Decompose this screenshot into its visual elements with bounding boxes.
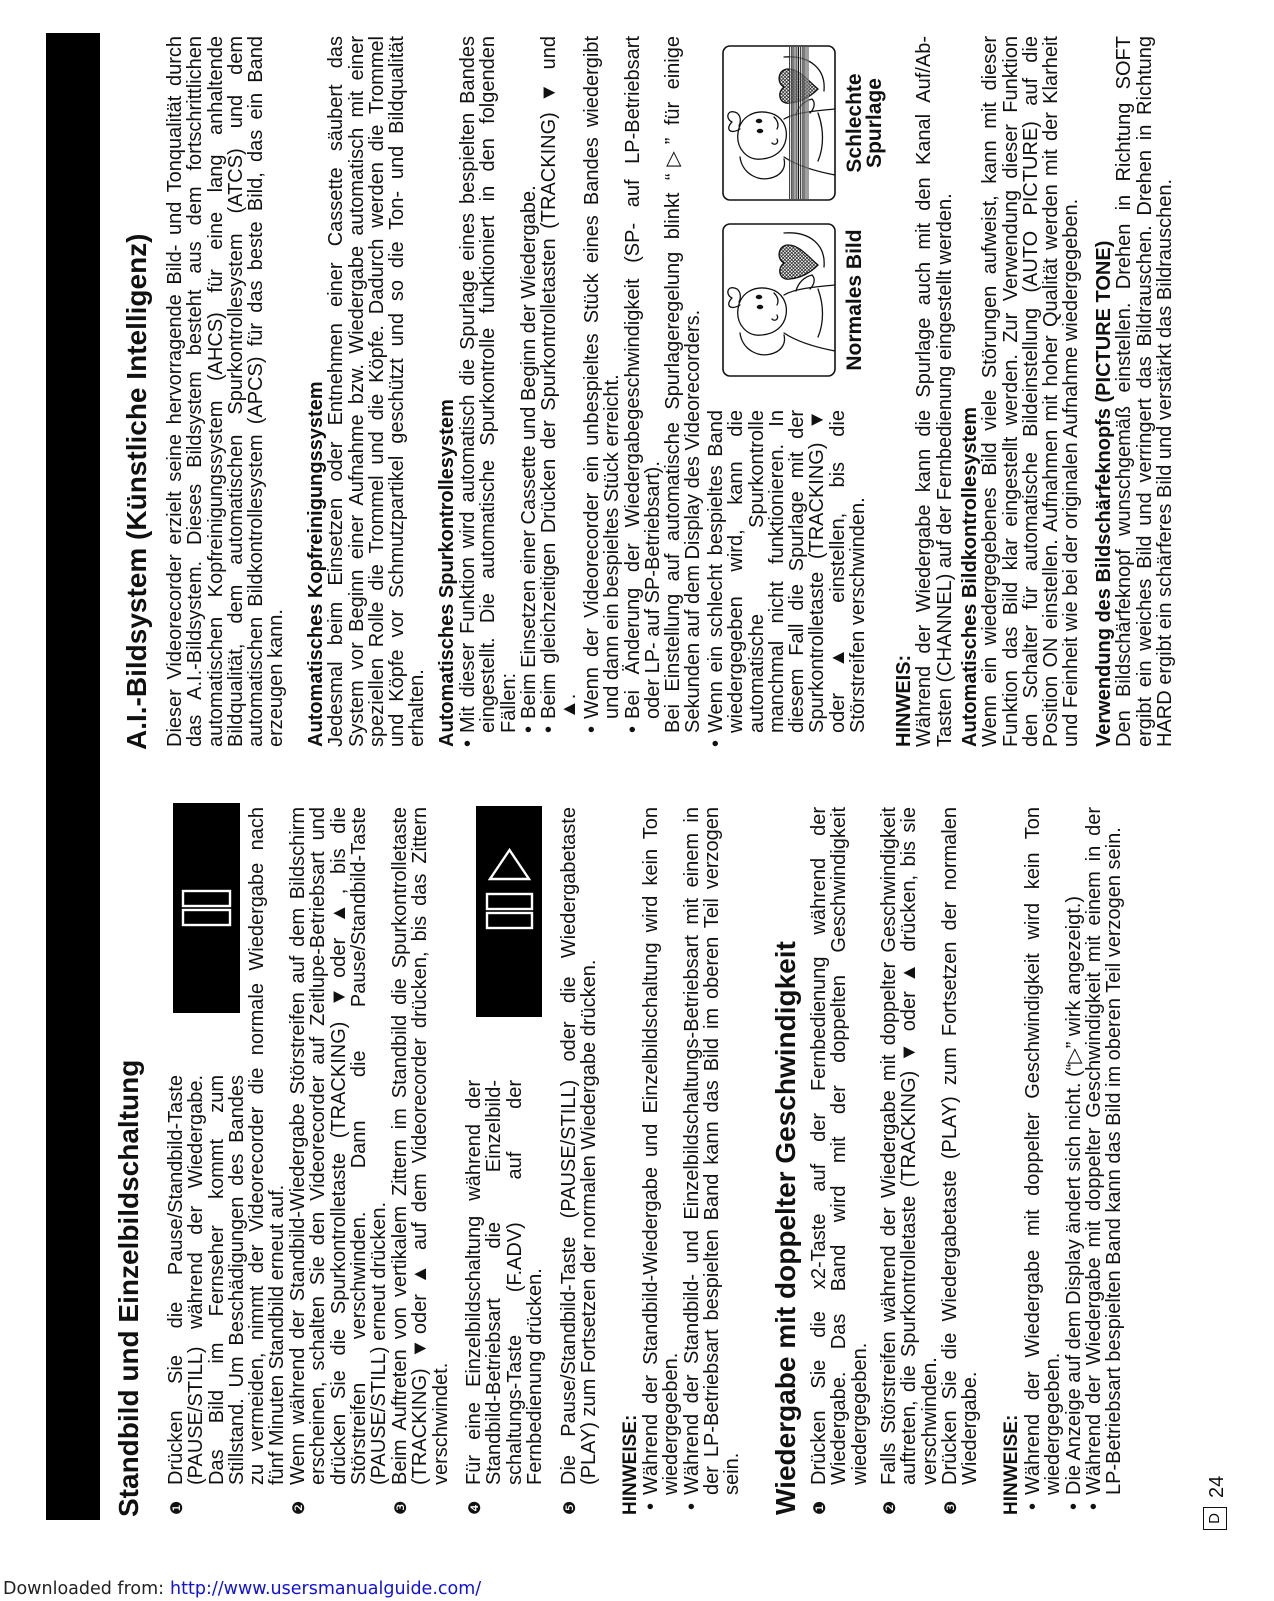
text-line: (TRACKING) ▼oder ▲ auf dem Videorecorder… [410,807,430,1485]
text-line: und Feinheit wie bei der originalen Aufn… [1061,36,1081,747]
notes-double-speed: • Während der Wiedergabe mit doppelter G… [1023,807,1124,1495]
text-line: erscheinen, schalten Sie den Videorecord… [308,807,328,1485]
subsection-title: Automatisches Bildkontrollesystem [960,36,980,747]
text-line: Während der Standbild-Wiedergabe und Ein… [641,807,661,1495]
picture-control-section: Automatisches Bildkontrollesystem Wenn e… [960,36,1082,747]
head-cleaning-section: Automatisches Kopfreinigungssystem Jedes… [306,36,428,747]
figure-label-line: Schlechte [845,45,865,201]
tracking-case: • Bei Änderung der Wiedergabegeschwindig… [623,36,664,719]
step-number-5: ❺ [560,1501,580,1515]
text-line: Wenn ein schlecht bespieltes Band [706,410,726,733]
note-item: • Während der Standbild- und Einzelbilds… [682,807,743,1495]
bullet: • [641,1503,661,1510]
step-number-2: ❷ [880,1501,900,1515]
note-item: • Die Anzeige auf dem Display ändert sic… [1064,807,1084,1495]
text-line: automatischen Kopfreinigungssystem (AHCS… [206,36,226,747]
double-speed-step-2: ❷ Falls Störstreifen während der Wiederg… [879,807,940,1485]
text-line: den Schalter für automatische Bildeinste… [1021,36,1041,747]
bullet: • [539,726,559,733]
notes-title-double-speed: HINWEISE: [1002,1415,1022,1515]
text-line: Sekunden auf dem Display des Videorecord… [683,36,703,733]
text-line: eingestellt. Die automatische Spurkontro… [478,36,498,733]
text-line: Während der Standbild- und Einzelbildsch… [682,807,702,1495]
pause-display-icon [173,803,240,1013]
text-line: Stillstand. Um Beschädigungen des Bandes [227,1075,247,1485]
header-bar [46,33,100,1520]
ai-intro-paragraph: Dieser Videorecorder erzielt seine hervo… [165,36,287,747]
text-line: erzeugen kann. [266,36,286,747]
text-line: diesem Fall die Spurlage mit der [787,410,807,733]
tracking-intro: • Mit dieser Funktion wird automatisch d… [458,36,580,733]
subsection-title: Verwendung des Bildschärfeknopfs (PICTUR… [1094,36,1114,747]
still-step-3: ❸ Beim Auftreten von vertikalem Zittern … [390,807,451,1485]
text-line: Wenn der Videorecorder ein unbespieltes … [582,36,602,719]
bullet: • [458,740,478,747]
text-line: fünf Minuten Standbild erneut auf. [267,807,287,1485]
bullet: • [519,726,539,733]
subsection-title: Automatisches Kopfreinigungssystem [306,36,326,747]
text-line: Wiedergabe. Das Band wird mit der doppel… [829,807,849,1485]
double-speed-step-1: ❶ Drücken Sie die x2-Taste auf der Fernb… [809,807,870,1485]
text-line: System vor Beginn einer Aufnahme bzw. Wi… [347,36,367,747]
text-line: Bei Änderung der Wiedergabegeschwindigke… [623,36,643,719]
bullet: • [682,1503,702,1510]
text-line: Funktion das Bild klar eingestellt werde… [1001,36,1021,747]
text-line: automatischen Bildkontrollesystem (APCS)… [246,36,266,747]
text-line: wiedergegeben. [661,807,681,1495]
manual-page: Standbild und Einzelbildschaltung ❶ Drüc… [0,0,1274,1601]
bullet: • [706,740,726,747]
bullet: • [1064,1503,1084,1510]
step-number-1: ❶ [167,1501,187,1515]
download-source-footer: Downloaded from:http://www.usersmanualgu… [3,1578,481,1600]
page-language-box: D [1203,1507,1227,1530]
text-line: Für eine Einzelbildschaltung während der [464,1080,484,1485]
bullet: • [623,726,643,733]
notes-still: • Während der Standbild-Wiedergabe und E… [641,807,742,1495]
tracking-case: • Beim Einsetzen einer Cassette und Begi… [519,36,539,719]
text-line: speziellen Rolle die Trommel und die Köp… [367,36,387,747]
text-line: Falls Störstreifen während der Wiedergab… [879,807,899,1485]
text-line: (PLAY) zum Fortsetzen der normalen Wiede… [579,807,599,1485]
still-step-5: ❺ Die Pause/Standbild-Taste (PAUSE/STILL… [559,807,600,1485]
figure-label-line: Spurlage [865,45,885,201]
note-item: • Während der Standbild-Wiedergabe und E… [641,807,682,1495]
text-line: verschwindet. [431,807,451,1485]
section-title-ai-system: A.I.-Bildsystem (Künstliche Intelligenz) [121,233,153,750]
text-line: Drücken Sie die x2-Taste auf der Fernbed… [809,807,829,1485]
page-number: 24 [1207,1476,1227,1498]
text-line: verschwinden. [920,807,940,1485]
text-line: Störstreifen verschwinden. Dann die Paus… [349,807,369,1485]
tracking-manual: • Wenn ein schlecht bespieltes Band wied… [706,410,868,733]
text-line: Wenn ein wiedergegebenes Bild viele Stör… [980,36,1000,747]
text-line: und Köpfe vor Schmutzpartikel geschützt … [387,36,407,747]
text-line: LP-Betriebsart bespielten Band kann das … [1104,807,1124,1495]
text-line: Jedesmal beim Einsetzen oder Entnehmen e… [326,36,346,747]
section-title-still: Standbild und Einzelbildschaltung [113,1060,145,1517]
tracking-case: • Beim gleichzeitigen Drücken der Spurko… [539,36,580,719]
bad-tracking-illustration [722,45,836,201]
notes-title-still: HINWEISE: [621,1415,641,1515]
bullet: • [1023,1503,1043,1510]
text-line: Dieser Videorecorder erzielt seine hervo… [165,36,185,747]
step-number-2: ❷ [289,1501,309,1515]
text-line: Wenn während der Standbild-Wiedergabe St… [288,807,308,1485]
step-number-4: ❹ [465,1501,485,1515]
text-line: Drücken Sie die Pause/Standbild-Taste [166,1075,186,1485]
still-step-2: ❷ Wenn während der Standbild-Wiedergabe … [288,807,389,1485]
text-line: Bei Einstellung auf automatische Spurlag… [663,36,683,733]
text-line: Die Anzeige auf dem Display ändert sich … [1064,807,1084,1495]
tracking-case: • Wenn der Videorecorder ein unbespielte… [582,36,623,719]
text-line: Fällen: [499,36,519,733]
text-line: zu vermeiden, nimmt der Videorecorder di… [247,807,267,1485]
text-line: ergibt ein weiches Bild und verringert d… [1135,36,1155,747]
text-line: erhalten. [407,36,427,747]
text-line: Den Bildschärfeknopf wunschgemäß einstel… [1114,36,1134,747]
tracking-section-title: Automatisches Spurkontrollesystem [437,36,457,747]
figure-label-bad-tracking: Schlechte Spurlage [845,45,885,201]
text-line: Mit dieser Funktion wird automatisch die… [458,36,478,733]
note-title: HINWEIS: [894,36,914,747]
text-line: Wiedergabe. [960,807,980,1485]
text-line: und dann ein bespieltes Stück erreicht. [602,36,622,719]
note-item: • Während der Wiedergabe mit doppelter G… [1084,807,1125,1495]
text-line: Das Bild im Fernseher kommt zum [207,1075,227,1485]
text-line: Standbild-Betriebsart die Einzelbild- [484,1080,504,1485]
text-line: Position ON einstellen. Aufnahmen mit ho… [1041,36,1061,747]
text-line: Während der Wiedergabe kann die Spurlage… [914,36,934,747]
text-line: drücken Sie die Spurkontrolletaste (TRAC… [329,807,349,1485]
text-line: Drücken Sie die Wiedergabetaste (PLAY) z… [940,807,960,1485]
text-line: Spurkontrolletaste (TRACKING) ▼ [807,410,827,733]
text-line: manchmal nicht funktionieren. In [767,410,787,733]
text-line: (PAUSE/STILL) erneut drücken. [369,807,389,1485]
text-line: Beim gleichzeitigen Drücken der Spurkont… [539,36,559,719]
bullet: • [582,726,602,733]
text-line: oder ▲ einstellen, bis die [828,410,848,733]
normal-picture-illustration [722,223,836,377]
text-line: oder LP- auf SP-Betriebsart). [643,36,663,719]
text-line: der LP-Betriebsart bespielten Band kann … [702,807,722,1495]
text-line: Tasten (CHANNEL) auf der Fernbedienung e… [935,36,955,747]
text-line: auftreten, die Spurkontrolletaste (TRACK… [899,807,919,1485]
footer-link[interactable]: http://www.usersmanualguide.com/ [170,1579,481,1599]
tracking-cases-more: • Wenn der Videorecorder ein unbespielte… [582,36,704,733]
bullet: • [1084,1503,1104,1510]
figure-label-normal: Normales Bild [845,223,865,377]
text-line: (PAUSE/STILL) während der Wiedergabe. [186,1075,206,1485]
text-line: wiedergegeben. [1043,807,1063,1495]
text-line: automatische Spurkontrolle [747,410,767,733]
picture-tone-section: Verwendung des Bildschärfeknopfs (PICTUR… [1094,36,1175,747]
text-line: Während der Wiedergabe mit doppelter Ges… [1023,807,1043,1495]
footer-label: Downloaded from: [3,1579,164,1599]
text-line: Beim Einsetzen einer Cassette und Beginn… [519,36,539,719]
step-number-3: ❸ [941,1501,961,1515]
step-number-1: ❶ [810,1501,830,1515]
subsection-title: Automatisches Spurkontrollesystem [437,36,457,747]
note-item: • Während der Wiedergabe mit doppelter G… [1023,807,1064,1495]
text-line: Die Pause/Standbild-Taste (PAUSE/STILL) … [559,807,579,1485]
text-line: ▲. [559,36,579,719]
text-line: Beim Auftreten von vertikalem Zittern im… [390,807,410,1485]
pause-play-display-icon [476,806,542,1017]
double-speed-step-3: ❸ Drücken Sie die Wiedergabetaste (PLAY)… [940,807,981,1485]
text-line: das A.I.-Bildsystem. Dieses Bildsystem b… [185,36,205,747]
text-line: sein. [722,807,742,1495]
section-title-double-speed: Wiedergabe mit doppelter Geschwindigkeit [770,941,802,1515]
text-line: wiedergegeben wird, kann die [726,410,746,733]
tracking-note: HINWEIS: Während der Wiedergabe kann die… [894,36,955,747]
text-line: Während der Wiedergabe mit doppelter Ges… [1084,807,1104,1495]
text-line: wiedergegeben. [850,807,870,1485]
text-line: Bildqualität, dem automatischen Spurkont… [226,36,246,747]
text-line: HARD ergibt ein schärferes Bild und vers… [1155,36,1175,747]
text-line: schaltungs-Taste (F.ADV) auf der [505,1080,525,1485]
step-number-3: ❸ [391,1501,411,1515]
